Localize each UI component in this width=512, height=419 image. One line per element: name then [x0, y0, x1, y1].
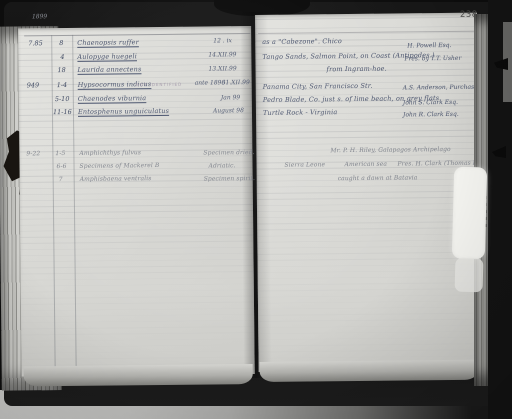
- donor-note: H. Powell Esq.: [407, 42, 451, 49]
- not-identified-stamp: NOT IDENTIFIED: [136, 82, 183, 87]
- species-name: Chaenopsis ruffer: [77, 38, 139, 47]
- pencil-note: Sierra Leone: [285, 161, 326, 168]
- left-page-bottom-edge: [24, 364, 253, 386]
- specimen-number: 4: [60, 53, 64, 61]
- species-name: Entosphenus unguiculatus: [78, 107, 169, 116]
- locality-note: from Ingram-hoe.: [326, 65, 386, 74]
- locality-note: Turtle Rock - Virginia: [263, 108, 337, 117]
- donor-note: A.S. Anderson, Purchase: [403, 84, 478, 92]
- right-page-bottom-edge: [260, 360, 479, 382]
- specimen-number: 5-10: [55, 95, 70, 103]
- locality-note: Panama City, San Francisco Str.: [263, 82, 373, 91]
- white-sticker-label-lower: [455, 258, 484, 293]
- entry-date: 13.XII.99: [208, 65, 236, 72]
- species-name: Aulopyge huegeli: [77, 52, 137, 61]
- entry-date: Jan 99: [221, 94, 240, 101]
- donor-note: John R. Clark Esq.: [403, 111, 459, 119]
- open-book: 1899 7.85 8 Chaenopsis ruffer 12 . ix 4 …: [0, 0, 512, 419]
- pencil-note: American sea: [344, 161, 387, 168]
- entry-date: 14.XII.99: [208, 51, 236, 58]
- specimen-number: 6-6: [57, 163, 67, 170]
- specimen-number: 1-4: [57, 81, 68, 89]
- species-name: Amphichthys fulvus: [79, 149, 141, 157]
- species-name: Laurida annectens: [77, 65, 141, 74]
- accession-number: 7.85: [28, 39, 43, 47]
- specimen-number: 11-16: [53, 108, 72, 116]
- pencil-note: Mr. P. H. Riley, Galapagos Archipelago: [330, 146, 450, 154]
- accession-number: 9-22: [26, 150, 40, 157]
- donor-note: Pres. by T.T. Usher: [404, 55, 461, 63]
- specimen-number: 7: [59, 176, 63, 183]
- specimen-number: 8: [59, 39, 63, 47]
- year-note: 1899: [32, 13, 47, 20]
- ledger-photo: 1899 7.85 8 Chaenopsis ruffer 12 . ix 4 …: [0, 0, 512, 419]
- gutter-shadow: [240, 12, 272, 378]
- specimen-number: 1-5: [55, 150, 65, 157]
- entry-date: August 98: [213, 107, 244, 114]
- entry-note: Adriatic.: [209, 162, 236, 169]
- donor-note: John S. Clark Esq.: [403, 99, 458, 107]
- entry-date: 12 . ix: [213, 37, 232, 44]
- species-name: Specimens of Mackerel B: [80, 162, 160, 170]
- entry-note: Specimen spirit.: [204, 175, 255, 183]
- pencil-note: caught a dawn at Batavia: [338, 174, 418, 182]
- locality-note: as a "Cabezone". Chico: [262, 37, 342, 46]
- species-name: Amphisbaena ventralis: [80, 175, 152, 183]
- species-name: Chaenodes viburnia: [78, 94, 147, 103]
- specimen-number: 18: [57, 66, 65, 74]
- entry-date: 31.XII.99: [222, 79, 250, 86]
- accession-number: 949: [27, 81, 40, 89]
- white-sticker-label: [452, 167, 487, 260]
- entry-note: Specimen dried.: [203, 149, 254, 157]
